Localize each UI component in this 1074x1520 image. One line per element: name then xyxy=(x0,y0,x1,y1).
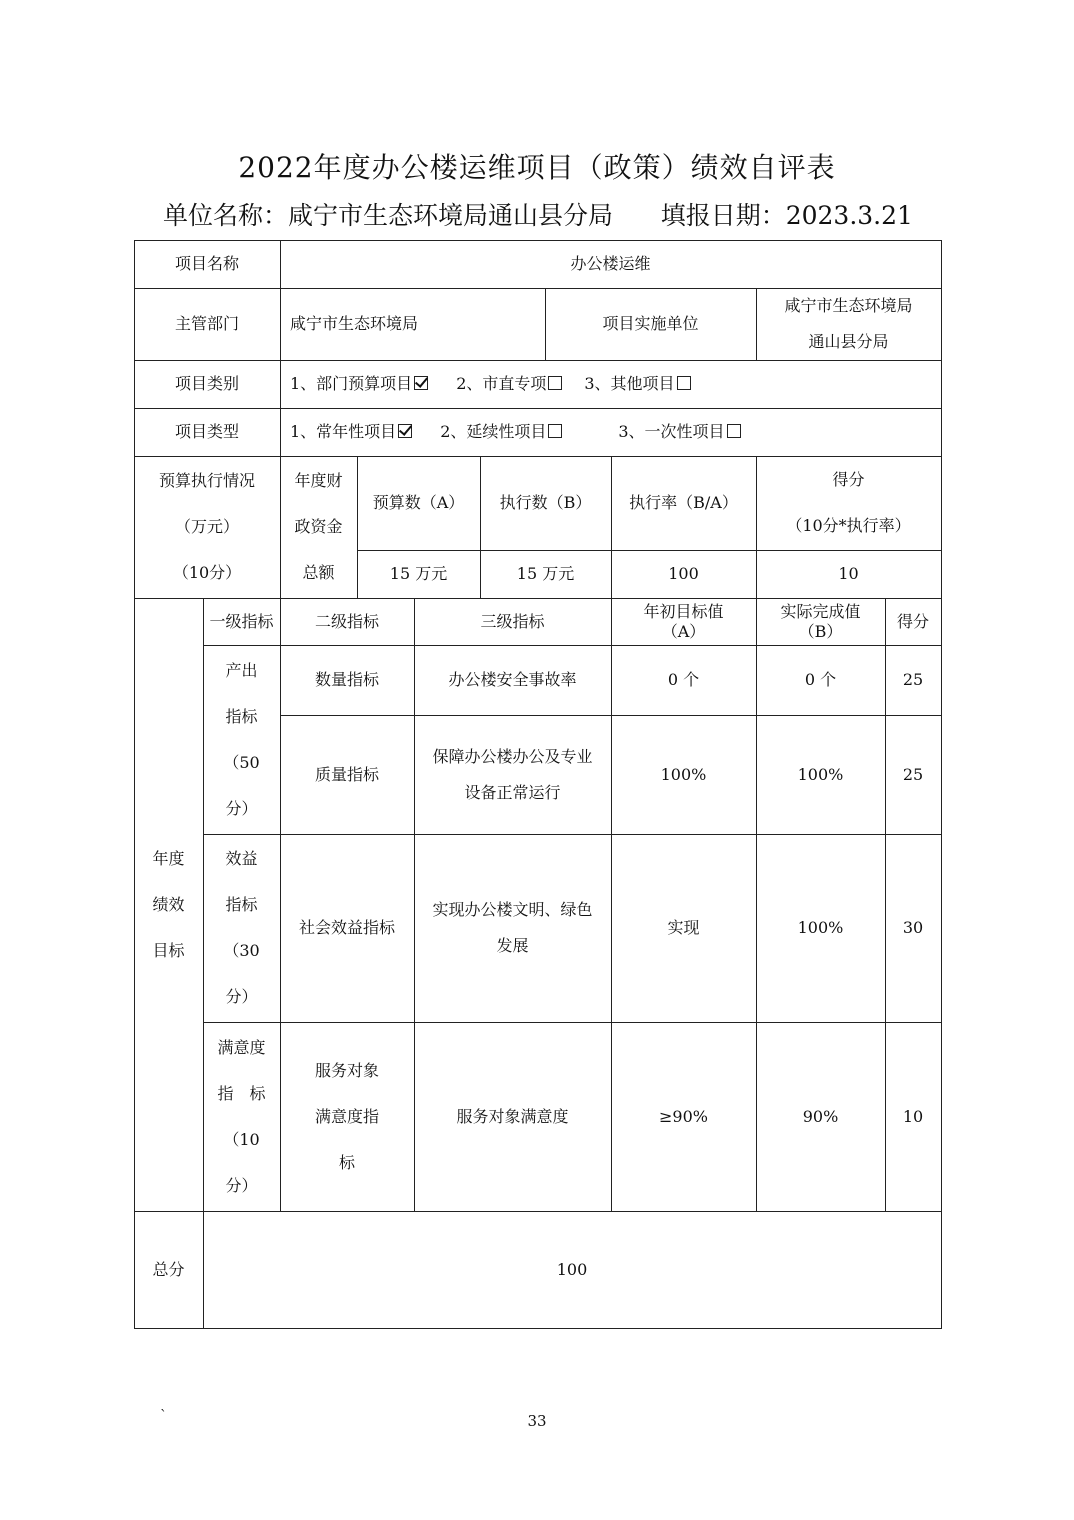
project-name-value: 办公楼运维 xyxy=(280,240,941,288)
budget-value: 15 万元 xyxy=(357,550,480,598)
table-row-target: ≥90% xyxy=(611,1022,756,1211)
total-label: 总分 xyxy=(134,1211,203,1328)
type-option-3[interactable]: 3、一次性项目 xyxy=(618,420,740,444)
checkbox-empty-icon[interactable] xyxy=(548,424,562,438)
rate-col-header: 执行率（B/A） xyxy=(611,456,756,550)
table-row-target: 100% xyxy=(611,715,756,834)
target-header: 年初目标值（A） xyxy=(611,598,756,645)
checkbox-checked-icon[interactable] xyxy=(414,376,428,390)
level1-satisfaction: 满意度指 标（10分） xyxy=(203,1022,280,1211)
table-row-level2: 服务对象满意度指标 xyxy=(280,1022,414,1211)
rate-value: 100 xyxy=(611,550,756,598)
unit-name: 单位名称：咸宁市生态环境局通山县分局 xyxy=(163,201,613,230)
impl-unit-value: 咸宁市生态环境局 通山县分局 xyxy=(756,288,941,360)
exec-col-header: 执行数（B） xyxy=(480,456,611,550)
level1-header: 一级指标 xyxy=(203,598,280,645)
checkbox-checked-icon[interactable] xyxy=(398,424,412,438)
document-title: 2022年度办公楼运维项目（政策）绩效自评表 xyxy=(0,146,1074,186)
annual-fund-label: 年度财政资金总额 xyxy=(280,456,357,598)
table-row-level2: 社会效益指标 xyxy=(280,834,414,1022)
type-options: 1、常年性项目 2、延续性项目 3、一次性项目 xyxy=(280,408,941,456)
table-row-level2: 质量指标 xyxy=(280,715,414,834)
category-option-1[interactable]: 1、部门预算项目 xyxy=(290,372,428,396)
budget-col-header: 预算数（A） xyxy=(357,456,480,550)
table-row-actual: 90% xyxy=(756,1022,885,1211)
category-label: 项目类别 xyxy=(134,360,280,408)
category-option-3[interactable]: 3、其他项目 xyxy=(584,372,690,396)
table-row-level3: 保障办公楼办公及专业设备正常运行 xyxy=(414,715,611,834)
score-value: 10 xyxy=(756,550,941,598)
table-row-actual: 100% xyxy=(756,834,885,1022)
checkbox-empty-icon[interactable] xyxy=(727,424,741,438)
page-number: 33 xyxy=(0,1412,1074,1430)
table-row-score: 30 xyxy=(885,834,941,1022)
table-row-level2: 数量指标 xyxy=(280,645,414,715)
table-row-level3: 办公楼安全事故率 xyxy=(414,645,611,715)
table-row-target: 实现 xyxy=(611,834,756,1022)
score-header: 得分 xyxy=(885,598,941,645)
score-col-header: 得分（10分*执行率） xyxy=(756,456,941,550)
type-option-1[interactable]: 1、常年性项目 xyxy=(290,420,412,444)
table-row-target: 0 个 xyxy=(611,645,756,715)
actual-header: 实际完成值（B） xyxy=(756,598,885,645)
table-row-actual: 100% xyxy=(756,715,885,834)
category-options: 1、部门预算项目 2、市直专项 3、其他项目 xyxy=(280,360,941,408)
level3-header: 三级指标 xyxy=(414,598,611,645)
exec-value: 15 万元 xyxy=(480,550,611,598)
unit-and-date: 单位名称：咸宁市生态环境局通山县分局 填报日期：2023.3.21 xyxy=(163,196,913,232)
type-label: 项目类型 xyxy=(134,408,280,456)
table-row-level3: 实现办公楼文明、绿色发展 xyxy=(414,834,611,1022)
project-name-label: 项目名称 xyxy=(134,240,280,288)
dept-label: 主管部门 xyxy=(134,288,280,360)
table-row-actual: 0 个 xyxy=(756,645,885,715)
level1-benefit: 效益指标（30分） xyxy=(203,834,280,1022)
impl-unit-label: 项目实施单位 xyxy=(545,288,756,360)
checkbox-empty-icon[interactable] xyxy=(677,376,691,390)
report-date: 填报日期：2023.3.21 xyxy=(661,201,913,230)
level1-output: 产出指标（50分） xyxy=(203,645,280,834)
table-row-score: 10 xyxy=(885,1022,941,1211)
table-row-level3: 服务对象满意度 xyxy=(414,1022,611,1211)
table-row-score: 25 xyxy=(885,715,941,834)
checkbox-empty-icon[interactable] xyxy=(548,376,562,390)
category-option-2[interactable]: 2、市直专项 xyxy=(456,372,562,396)
table-row-score: 25 xyxy=(885,645,941,715)
annual-goal-label: 年度绩效目标 xyxy=(134,598,203,1211)
level2-header: 二级指标 xyxy=(280,598,414,645)
dept-value: 咸宁市生态环境局 xyxy=(280,288,545,360)
budget-exec-label: 预算执行情况（万元）（10分） xyxy=(134,456,280,598)
type-option-2[interactable]: 2、延续性项目 xyxy=(440,420,562,444)
total-value: 100 xyxy=(203,1211,941,1328)
